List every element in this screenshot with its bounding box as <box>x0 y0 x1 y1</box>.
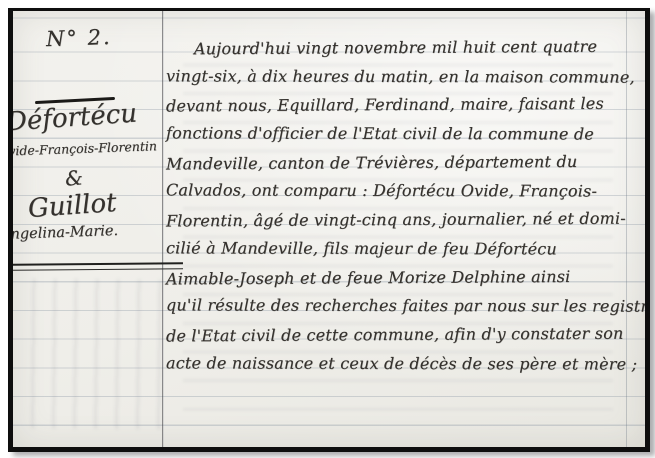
act-line-12: acte de naissance et ceux de décès de se… <box>166 349 639 379</box>
act-line-9: Aimable-Joseph et de feue Morize Delphin… <box>166 262 639 294</box>
margin-closing-rule <box>13 262 183 270</box>
act-line-4: fonctions d'officier de l'Etat civil de … <box>166 119 639 149</box>
act-line-1: Aujourd'hui vingt novembre mil huit cent… <box>166 33 639 65</box>
margin-ampersand: & <box>64 165 84 190</box>
act-line-6: Calvados, ont comparu : Défortécu Ovide,… <box>166 177 639 207</box>
act-line-10: qu'il résulte des recherches faites par … <box>166 292 639 322</box>
act-line-8: cilié à Mandeville, fils majeur de feu D… <box>166 234 639 264</box>
margin-column: N° 2. Défortécu Ovide-François-Florentin… <box>13 11 163 447</box>
act-line-5: Mandeville, canton de Trévières, départe… <box>166 147 639 179</box>
act-number: N° 2. <box>46 25 112 51</box>
act-line-2: vingt-six, à dix heures du matin, en la … <box>166 62 639 92</box>
act-line-7: Florentin, âgé de vingt-cinq ans, journa… <box>166 205 639 237</box>
scanned-register-page: N° 2. Défortécu Ovide-François-Florentin… <box>8 8 650 452</box>
margin-wife-given-names: Angelina-Marie. <box>8 223 118 243</box>
act-body-text: Aujourd'hui vingt novembre mil huit cent… <box>166 34 639 378</box>
act-line-11: de l'Etat civil de cette commune, afin d… <box>166 319 639 351</box>
margin-wife-surname: Guillot <box>27 188 117 224</box>
paper-background: N° 2. Défortécu Ovide-François-Florentin… <box>13 11 645 447</box>
margin-husband-given-names: Ovide-François-Florentin <box>8 138 157 159</box>
act-line-3: devant nous, Equillard, Ferdinand, maire… <box>166 90 639 122</box>
margin-husband-surname: Défortécu <box>8 98 138 137</box>
